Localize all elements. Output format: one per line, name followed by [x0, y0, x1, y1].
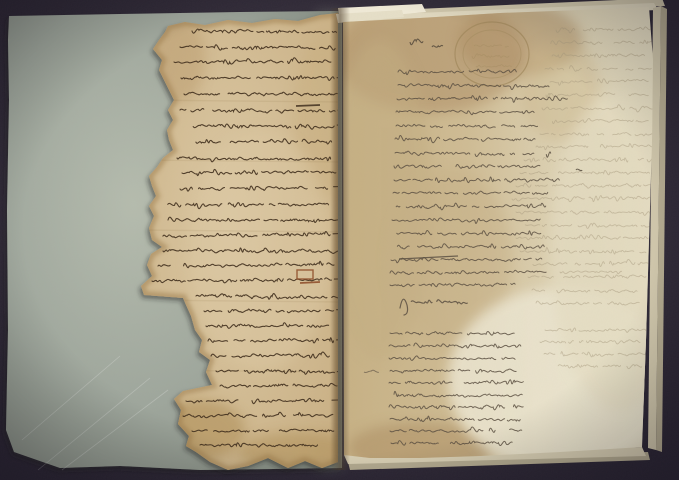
- manuscript-scan: [0, 0, 679, 480]
- vignette: [0, 0, 679, 480]
- manuscript-artwork: [0, 0, 679, 480]
